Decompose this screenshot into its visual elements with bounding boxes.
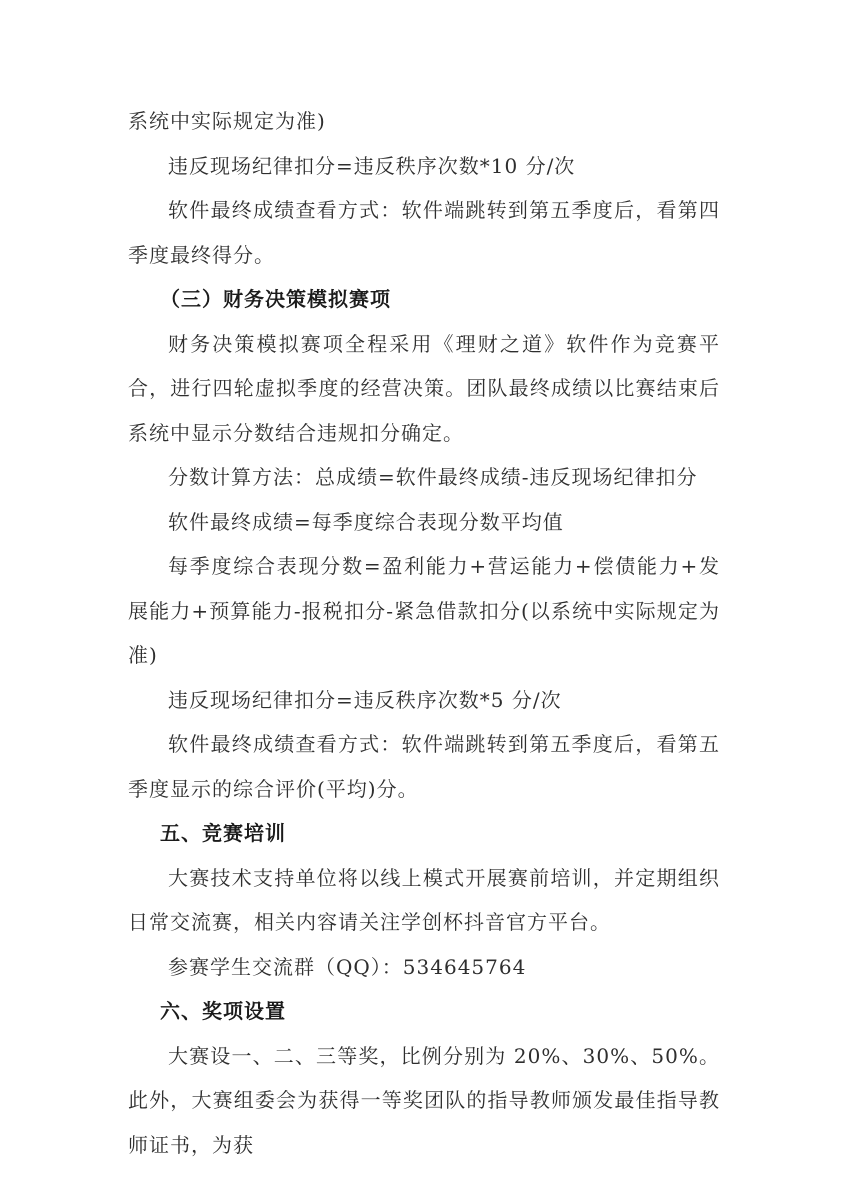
body-paragraph: 违反现场纪律扣分=违反秩序次数*10 分/次	[128, 144, 720, 189]
body-paragraph: 大赛设一、二、三等奖，比例分别为 20%、30%、50%。此外，大赛组委会为获得…	[128, 1034, 720, 1168]
body-paragraph: 分数计算方法：总成绩=软件最终成绩-违反现场纪律扣分	[128, 455, 720, 500]
body-paragraph: 违反现场纪律扣分=违反秩序次数*5 分/次	[128, 678, 720, 723]
body-paragraph: 每季度综合表现分数=盈利能力+营运能力+偿债能力+发展能力+预算能力-报税扣分-…	[128, 544, 720, 678]
document-page: 系统中实际规定为准)违反现场纪律扣分=违反秩序次数*10 分/次软件最终成绩查看…	[0, 0, 848, 1200]
section-heading: （三）财务决策模拟赛项	[128, 277, 720, 322]
body-paragraph: 财务决策模拟赛项全程采用《理财之道》软件作为竞赛平合，进行四轮虚拟季度的经营决策…	[128, 322, 720, 456]
section-heading: 五、竞赛培训	[128, 811, 720, 856]
document-body: 系统中实际规定为准)违反现场纪律扣分=违反秩序次数*10 分/次软件最终成绩查看…	[128, 99, 720, 1167]
section-heading: 六、奖项设置	[128, 989, 720, 1034]
body-paragraph: 参赛学生交流群（QQ）：534645764	[128, 945, 720, 990]
body-paragraph: 系统中实际规定为准)	[128, 99, 720, 144]
body-paragraph: 大赛技术支持单位将以线上模式开展赛前培训，并定期组织日常交流赛，相关内容请关注学…	[128, 856, 720, 945]
body-paragraph: 软件最终成绩查看方式：软件端跳转到第五季度后，看第五季度显示的综合评价(平均)分…	[128, 722, 720, 811]
body-paragraph: 软件最终成绩=每季度综合表现分数平均值	[128, 500, 720, 545]
body-paragraph: 软件最终成绩查看方式：软件端跳转到第五季度后，看第四季度最终得分。	[128, 188, 720, 277]
